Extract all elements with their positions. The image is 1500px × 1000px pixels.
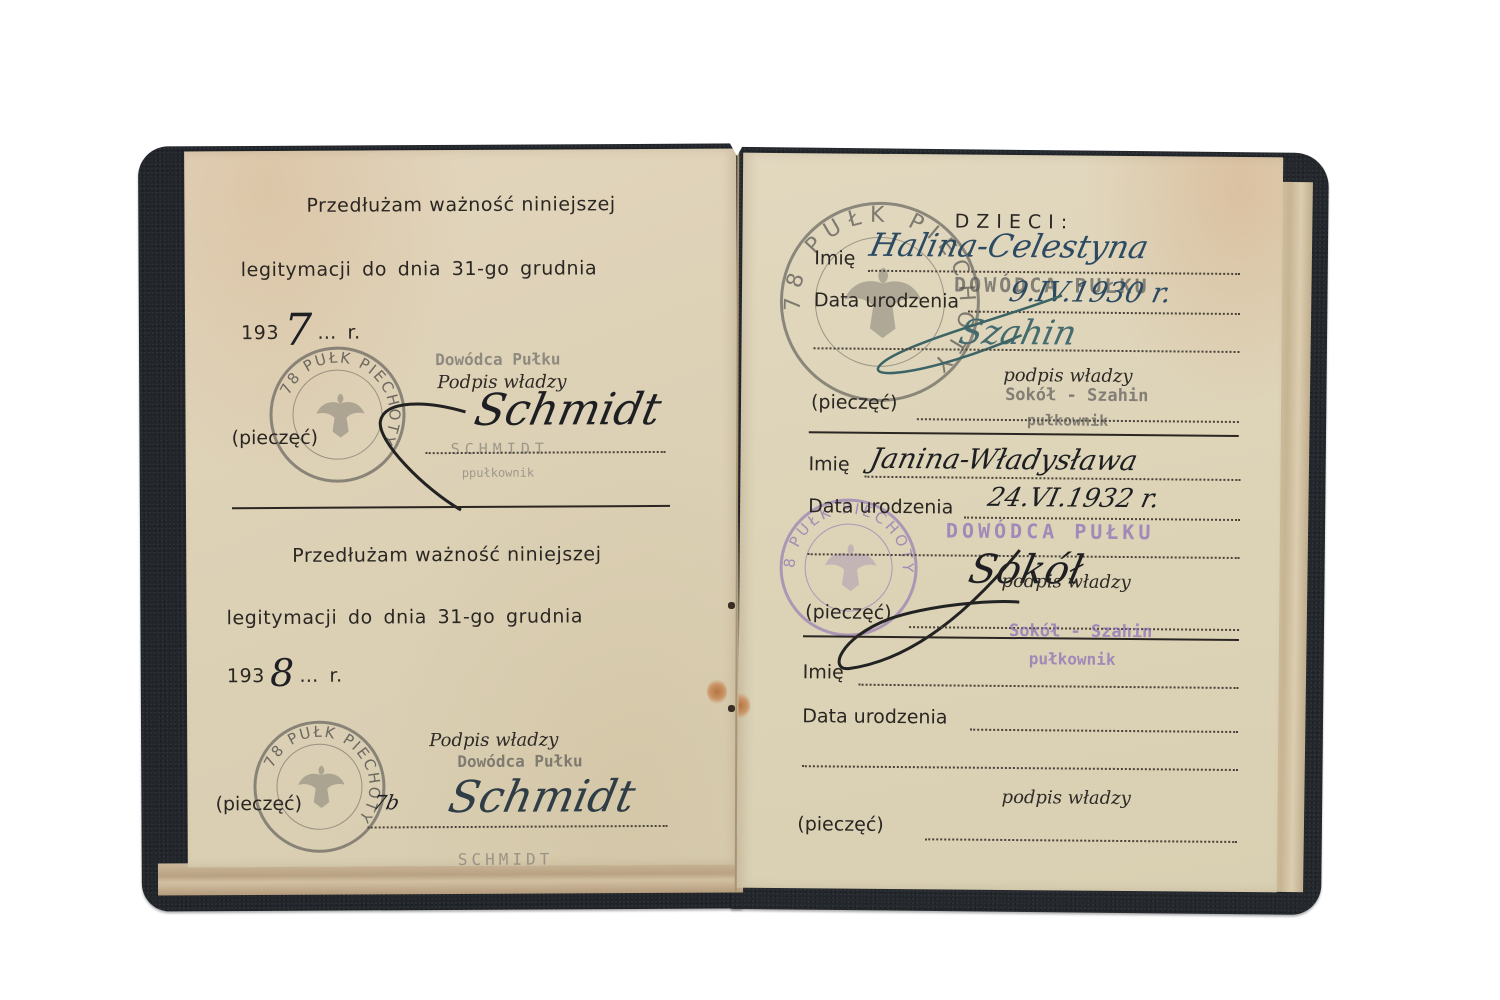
section-divider: [809, 431, 1239, 437]
stamp-name: SCHMIDT: [458, 850, 554, 868]
regiment-seal-stamp: 78 PUŁK PIECHOTY: [253, 720, 386, 853]
year-suffix: r.: [329, 665, 342, 687]
stamp-rank: pułkownik: [1029, 649, 1116, 669]
commander-stamp: Dowódca Pułku: [457, 751, 582, 771]
name-entry-field[interactable]: [859, 684, 1239, 689]
seal-label: (pieczęć): [232, 427, 319, 449]
extension-2-line1: Przedłużam ważność niniejszej: [292, 543, 601, 567]
stamp-rank: ppułkownik: [462, 466, 534, 480]
child-name-value: Halina-Celestyna: [866, 226, 1152, 266]
signature-entry-field[interactable]: [925, 838, 1237, 843]
commander-stamp: Dowódca Pułku: [435, 349, 560, 369]
handwritten-prefix: 7b: [371, 790, 402, 814]
rust-stain: [707, 679, 727, 705]
extension-1-year: 193 7 … r.: [241, 299, 361, 351]
signature-label: podpis władzy: [1002, 787, 1131, 809]
name-dotted-line: [864, 476, 1240, 481]
year-handwritten: 8: [270, 651, 294, 695]
dob-label: Data urodzenia: [802, 705, 947, 728]
signature-dotted-line: [368, 825, 668, 829]
extension-2-year: 193 8 … r.: [227, 647, 343, 692]
stamp-rank: pułkownik: [1027, 411, 1108, 430]
signature-label: podpis władzy: [1003, 365, 1132, 387]
year-suffix: r.: [347, 322, 360, 344]
signature-label: Podpis władzy: [429, 729, 558, 751]
rust-stain: [737, 693, 751, 719]
seal-label: (pieczęć): [215, 793, 302, 815]
name-label: Imię: [814, 247, 855, 269]
name-label[interactable]: Imię: [803, 661, 844, 683]
signature-label: podpis władzy: [1001, 571, 1130, 593]
extension-1-line2: legitymacji do dnia 31-go grudnia: [241, 257, 598, 281]
dob-entry-field[interactable]: [970, 729, 1238, 733]
right-page: DZIECI: 78 PUŁK PIECHOTY Imię Halina-Cel…: [737, 153, 1283, 893]
extension-2-line2: legitymacji do dnia 31-go grudnia: [227, 605, 584, 629]
child-name-value: Janina-Władysława: [867, 442, 1141, 477]
year-prefix: 193: [227, 665, 265, 687]
staple-hole: [728, 602, 735, 609]
handwritten-signature: Schmidt: [444, 771, 639, 823]
year-prefix: 193: [241, 322, 279, 344]
seal-label: (pieczęć): [797, 813, 884, 836]
left-page: Przedłużam ważność niniejszej legitymacj…: [184, 149, 740, 868]
stamp-name: Sokół - Szahin: [1005, 385, 1148, 406]
staple-hole: [728, 705, 735, 712]
seal-label: (pieczęć): [805, 601, 892, 624]
name-label: Imię: [808, 453, 849, 475]
extension-1-line1: Przedłużam ważność niniejszej: [306, 193, 615, 217]
dob-value: 24.VI.1932 r.: [985, 483, 1163, 514]
dob-label: Data urodzenia: [808, 495, 953, 518]
stamp-ring-text: 78 PUŁK PIECHOTY: [253, 720, 386, 853]
blank-dotted-line: [802, 765, 1238, 771]
stamp-name: SCHMIDT: [451, 440, 549, 459]
seal-label: (pieczęć): [811, 391, 898, 414]
